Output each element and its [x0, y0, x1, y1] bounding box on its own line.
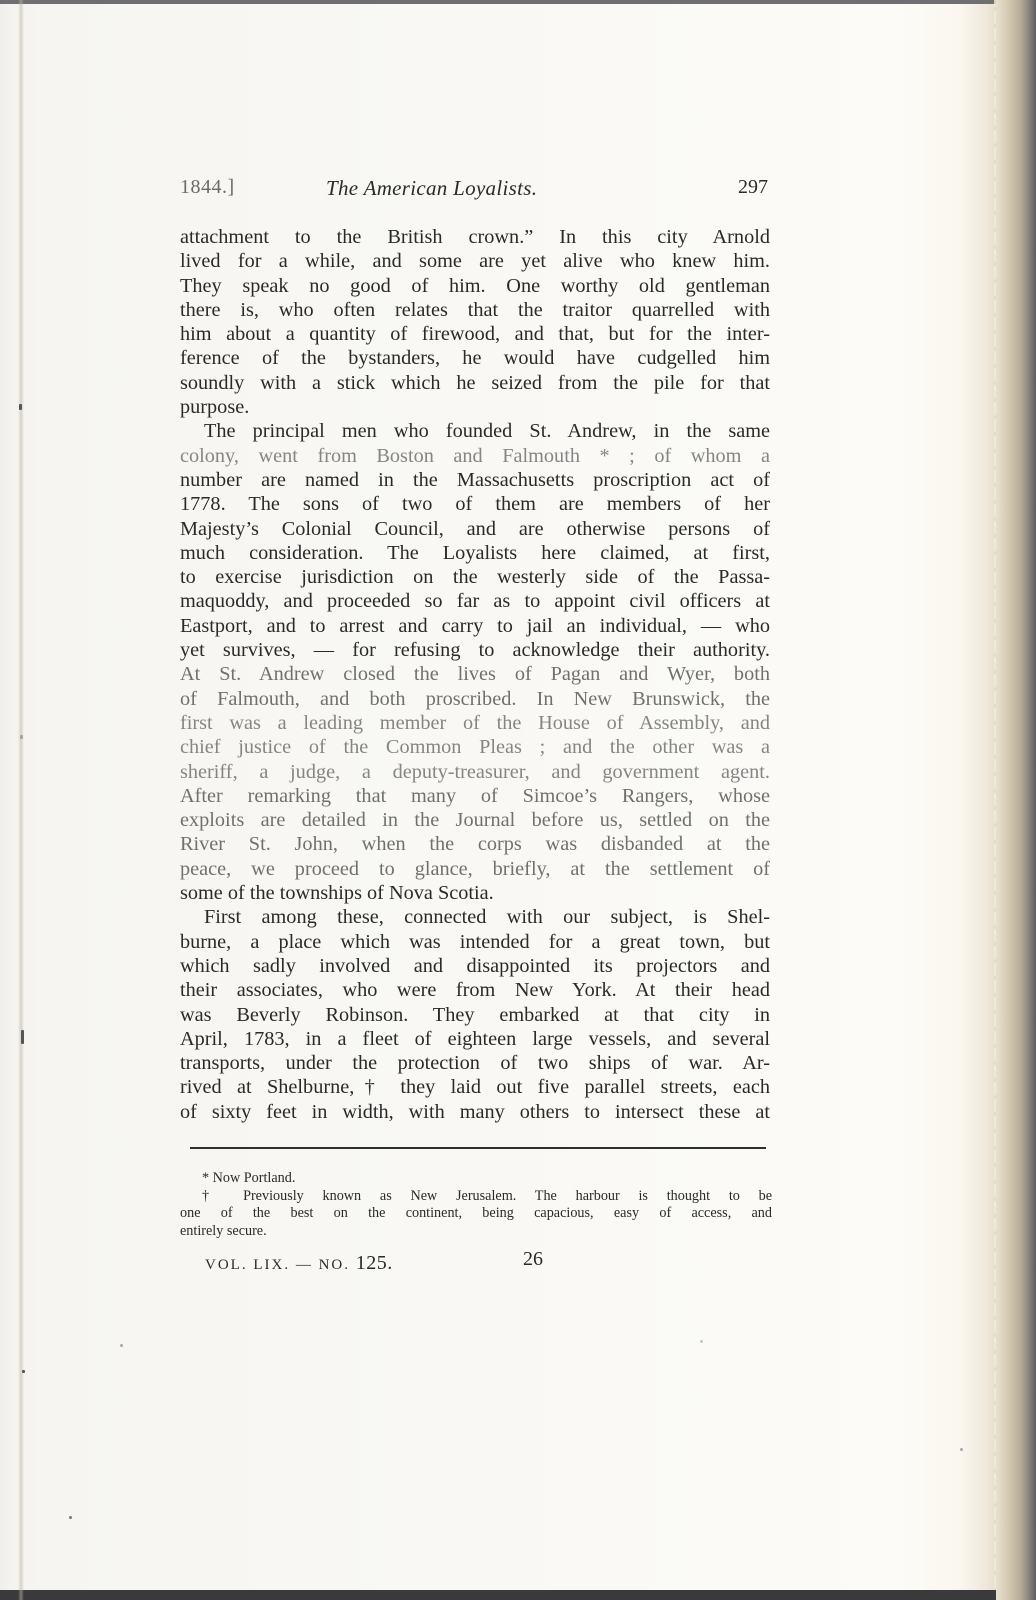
text-line: ference of the bystanders, he would have… [180, 346, 770, 370]
text-line: which sadly involved and disappointed it… [180, 954, 770, 978]
text-line: yet survives, — for refusing to acknowle… [180, 638, 770, 662]
signature-mark: 26 [523, 1248, 543, 1271]
text-line: to exercise jurisdiction on the westerly… [180, 565, 770, 589]
text-line: peace, we proceed to glance, briefly, at… [180, 857, 770, 881]
footnote-divider [190, 1147, 766, 1149]
paper-speck [69, 1516, 72, 1519]
running-head: 1844.] The American Loyalists. 297 [180, 176, 768, 202]
text-line: there is, who often relates that the tra… [180, 298, 770, 322]
footnote-star: * Now Portland. [180, 1170, 772, 1188]
text-line: Eastport, and to arrest and carry to jai… [180, 614, 770, 638]
text-line: much consideration. The Loyalists here c… [180, 541, 770, 565]
paragraph-2: The principal men who founded St. Andrew… [180, 419, 770, 905]
gutter-mark [19, 404, 22, 410]
text-line: First among these, connected with our su… [180, 905, 770, 929]
footnotes: * Now Portland. † Previously known as Ne… [180, 1170, 772, 1240]
volume-label: VOL. LIX. — NO. [205, 1257, 350, 1273]
text-line: was Beverly Robinson. They embarked at t… [180, 1003, 770, 1027]
text-line: They speak no good of him. One worthy ol… [180, 274, 770, 298]
gutter-mark [22, 1370, 25, 1373]
text-line: of sixty feet in width, with many others… [180, 1100, 770, 1124]
footnote-dagger-line: entirely secure. [180, 1223, 772, 1241]
issue-number: 125. [356, 1252, 393, 1274]
paper-speck [960, 1448, 963, 1451]
text-line: their associates, who were from New York… [180, 978, 770, 1002]
running-head-title: The American Loyalists. [326, 176, 537, 201]
text-line: Majesty’s Colonial Council, and are othe… [180, 517, 770, 541]
text-line: chief justice of the Common Pleas ; and … [180, 735, 770, 759]
text-line: some of the townships of Nova Scotia. [180, 881, 770, 905]
text-line: burne, a place which was intended for a … [180, 930, 770, 954]
text-line: purpose. [180, 395, 770, 419]
gutter-mark [20, 735, 23, 739]
paragraph-1: attachment to the British crown.” In thi… [180, 225, 770, 419]
text-line: transports, under the protection of two … [180, 1051, 770, 1075]
binding-gutter [18, 0, 24, 1600]
text-line: first was a leading member of the House … [180, 711, 770, 735]
text-line: attachment to the British crown.” In thi… [180, 225, 770, 249]
text-line: him about a quantity of firewood, and th… [180, 322, 770, 346]
printer-signature: VOL. LIX. — NO. 125. 26 [205, 1250, 605, 1274]
paper-speck [120, 1344, 123, 1347]
text-line: sheriff, a judge, a deputy-treasurer, an… [180, 760, 770, 784]
paper-speck [700, 1340, 703, 1343]
paragraph-3: First among these, connected with our su… [180, 905, 770, 1124]
text-line: April, 1783, in a fleet of eighteen larg… [180, 1027, 770, 1051]
page-number: 297 [738, 176, 768, 199]
text-line: 1778. The sons of two of them are member… [180, 492, 770, 516]
text-line: colony, went from Boston and Falmouth * … [180, 444, 770, 468]
text-line: soundly with a stick which he seized fro… [180, 371, 770, 395]
text-line: lived for a while, and some are yet aliv… [180, 249, 770, 273]
body-text: attachment to the British crown.” In thi… [180, 225, 770, 1124]
book-edge-shadow [996, 0, 1036, 1600]
volume-issue: VOL. LIX. — NO. 125. [205, 1252, 393, 1275]
page-top-edge [0, 0, 1036, 4]
text-line: maquoddy, and proceeded so far as to app… [180, 589, 770, 613]
gutter-mark [21, 1030, 24, 1044]
text-line: number are named in the Massachusetts pr… [180, 468, 770, 492]
footnote-dagger-line: one of the best on the continent, being … [180, 1205, 772, 1223]
running-head-year: 1844.] [180, 176, 235, 199]
text-line: rived at Shelburne,† they laid out five … [180, 1075, 770, 1099]
text-line: of Falmouth, and both proscribed. In New… [180, 687, 770, 711]
text-line: exploits are detailed in the Journal bef… [180, 808, 770, 832]
footnote-dagger: † Previously known as New Jerusalem. The… [180, 1188, 772, 1206]
text-line: The principal men who founded St. Andrew… [180, 419, 770, 443]
text-line: After remarking that many of Simcoe’s Ra… [180, 784, 770, 808]
text-line: River St. John, when the corps was disba… [180, 832, 770, 856]
text-line: At St. Andrew closed the lives of Pagan … [180, 662, 770, 686]
